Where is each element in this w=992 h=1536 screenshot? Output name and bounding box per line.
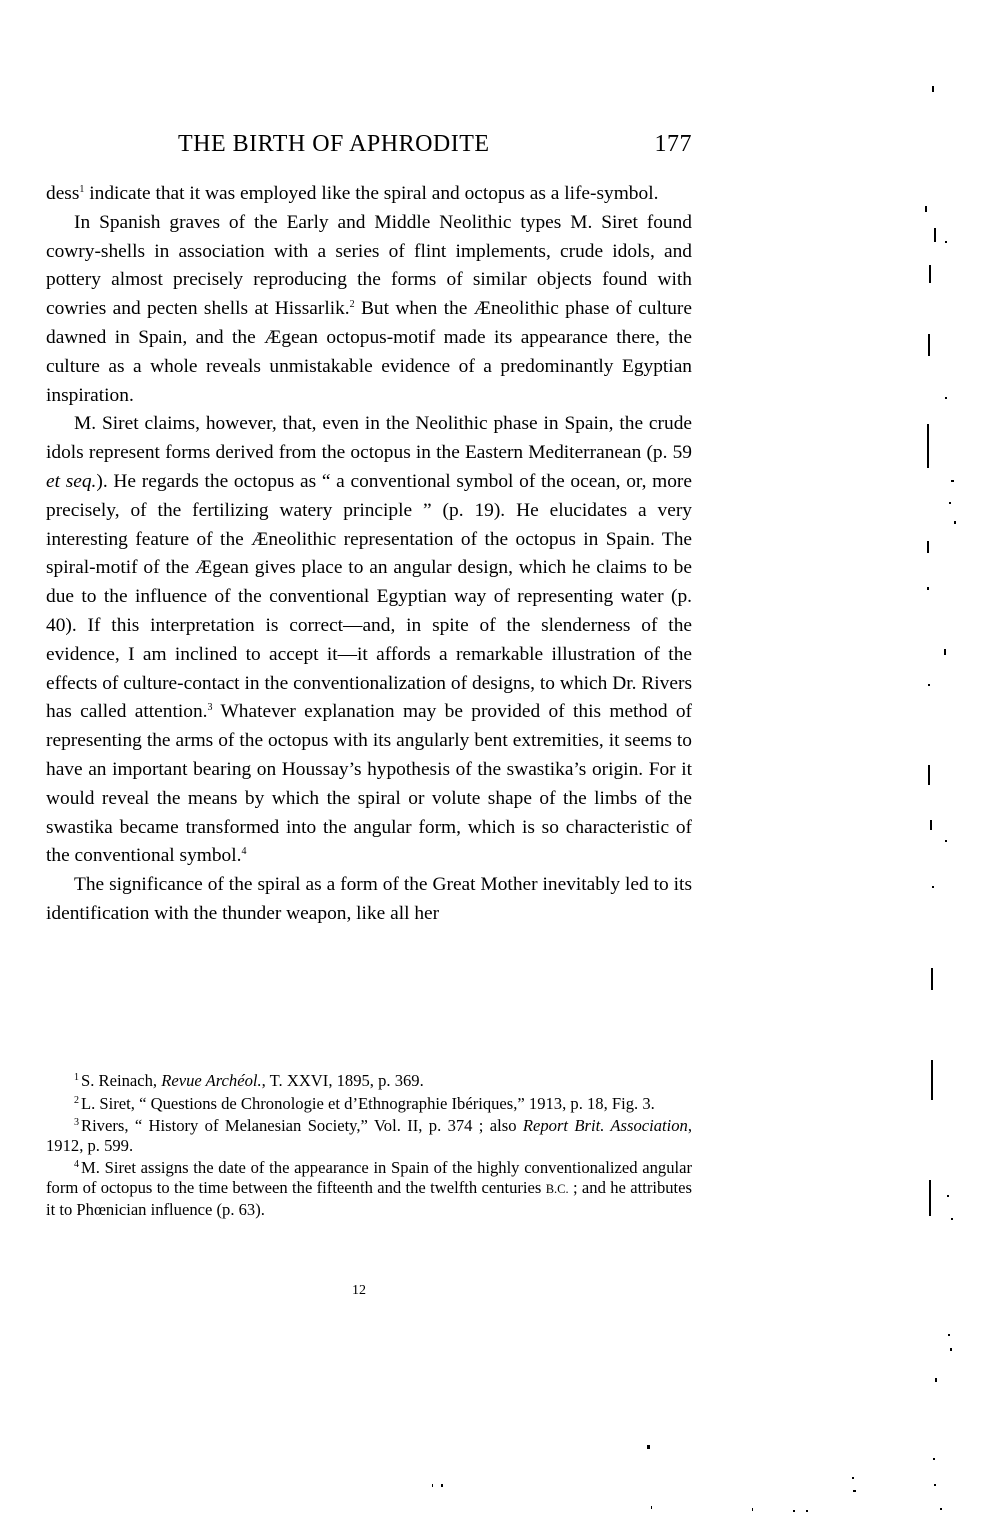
footnotes: 1S. Reinach, Revue Archéol., T. XXVI, 18… — [46, 1068, 692, 1219]
scan-speck — [951, 480, 954, 482]
running-head: THE BIRTH OF APHRODITE 177 — [178, 131, 692, 161]
footnote-marker: 4 — [74, 1159, 79, 1170]
text-run: M. Siret claims, however, that, even in … — [46, 413, 692, 463]
text-run: Rivers, “ History of Melanesian Society,… — [81, 1116, 523, 1135]
scan-speck — [647, 1445, 650, 1449]
footnote-3: 3Rivers, “ History of Melanesian Society… — [46, 1113, 692, 1155]
paragraph-p3: M. Siret claims, however, that, even in … — [46, 410, 692, 871]
scan-speck — [951, 1218, 953, 1220]
scan-speck — [947, 1195, 949, 1197]
footnote-marker: 3 — [74, 1117, 79, 1128]
paragraph-p1: dess1 indicate that it was employed like… — [46, 180, 692, 209]
scan-speck — [931, 1060, 933, 1100]
scan-speck — [932, 86, 934, 92]
italic-text: Revue Archéol. — [161, 1071, 261, 1090]
scan-speck — [752, 1508, 753, 1511]
signature-mark: 12 — [352, 1283, 366, 1299]
footnote-marker: 1 — [74, 1072, 79, 1083]
scan-speck — [930, 820, 932, 830]
smallcaps-text: B.C. — [546, 1182, 569, 1196]
scan-speck — [945, 241, 947, 243]
footnote-reference: 4 — [242, 846, 247, 857]
scan-speck — [928, 765, 930, 785]
scan-speck — [945, 840, 947, 842]
text-run: L. Siret, “ Questions de Chronologie et … — [81, 1094, 655, 1113]
footnote-4: 4M. Siret assigns the date of the appear… — [46, 1155, 692, 1219]
page-number: 177 — [655, 131, 693, 158]
scan-speck — [928, 684, 930, 686]
scan-speck — [929, 1180, 931, 1216]
scan-speck — [945, 397, 947, 399]
scan-speck — [949, 502, 951, 504]
scan-speck — [793, 1510, 795, 1512]
body-text: dess1 indicate that it was employed like… — [46, 180, 692, 929]
scan-speck — [933, 1458, 935, 1460]
scan-speck — [932, 886, 934, 888]
scan-speck — [432, 1484, 433, 1487]
scan-speck — [806, 1510, 808, 1512]
text-run: ). He regards the octopus as “ a convent… — [46, 471, 692, 722]
text-run: indicate that it was employed like the s… — [84, 183, 658, 204]
scan-speck — [853, 1490, 856, 1492]
text-run: S. Reinach, — [81, 1071, 161, 1090]
scanned-book-page: THE BIRTH OF APHRODITE 177 dess1 indicat… — [0, 0, 992, 1536]
text-run: dess — [46, 183, 79, 204]
scan-speck — [927, 541, 929, 553]
scan-speck — [929, 265, 931, 283]
scan-speck — [852, 1477, 854, 1479]
footnote-marker: 2 — [74, 1095, 79, 1106]
scan-speck — [940, 1508, 942, 1510]
scan-speck — [925, 206, 927, 212]
scan-speck — [950, 1348, 952, 1351]
scan-speck — [934, 228, 936, 242]
italic-text: et seq. — [46, 471, 96, 492]
chapter-title: THE BIRTH OF APHRODITE — [178, 131, 490, 158]
paragraph-p4: The significance of the spiral as a form… — [46, 871, 692, 929]
scan-speck — [944, 649, 946, 655]
scan-speck — [935, 1378, 937, 1382]
scan-speck — [441, 1484, 443, 1487]
text-run: The significance of the spiral as a form… — [46, 874, 692, 924]
text-run: Whatever explanation may be provided of … — [46, 701, 692, 866]
scan-speck — [927, 424, 929, 468]
scan-speck — [934, 1484, 936, 1486]
scan-speck — [928, 334, 930, 356]
footnote-1: 1S. Reinach, Revue Archéol., T. XXVI, 18… — [46, 1068, 692, 1091]
scan-speck — [651, 1506, 652, 1509]
footnote-2: 2L. Siret, “ Questions de Chronologie et… — [46, 1091, 692, 1114]
italic-text: Report Brit. Association — [523, 1116, 688, 1135]
scan-speck — [927, 587, 929, 590]
scan-speck — [954, 521, 956, 524]
scan-speck — [948, 1334, 950, 1336]
paragraph-p2: In Spanish graves of the Early and Middl… — [46, 209, 692, 411]
scan-speck — [931, 968, 933, 990]
text-run: , T. XXVI, 1895, p. 369. — [262, 1071, 424, 1090]
